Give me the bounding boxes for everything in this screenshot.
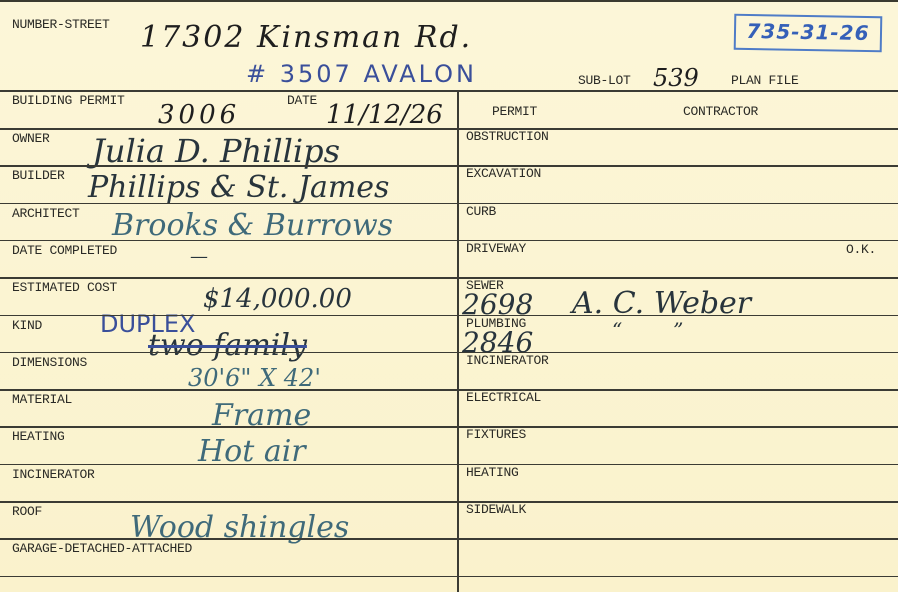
number-street-value: 17302 Kinsman Rd.	[140, 20, 472, 55]
row-divider	[0, 538, 457, 540]
permit-label-heating: HEATING	[466, 465, 519, 480]
permit-label-curb: CURB	[466, 204, 496, 219]
row-divider	[0, 576, 457, 578]
row-divider	[0, 352, 457, 354]
field-label-estimated-cost: ESTIMATED COST	[12, 280, 117, 295]
date-value: 11/12/26	[326, 100, 443, 130]
row-divider	[0, 240, 457, 242]
row-divider	[457, 464, 898, 466]
field-label-owner: OWNER	[12, 131, 50, 146]
row-divider	[457, 203, 898, 205]
row-divider	[457, 277, 898, 279]
plumbing-contractor-value: “ ”	[612, 318, 683, 342]
row-divider	[0, 277, 457, 279]
driveway-note: O.K.	[846, 242, 876, 257]
estimated-cost-value: $14,000.00	[203, 284, 352, 314]
divider	[0, 90, 898, 92]
number-street-label: NUMBER-STREET	[12, 17, 110, 32]
permit-label-driveway: DRIVEWAY	[466, 241, 526, 256]
field-label-kind: KIND	[12, 318, 42, 333]
row-divider	[0, 464, 457, 466]
field-label-garage-detached-attached: GARAGE-DETACHED-ATTACHED	[12, 541, 192, 556]
permit-label-plumbing: PLUMBING	[466, 316, 526, 331]
builder-value: Phillips & St. James	[88, 170, 389, 205]
permit-label-electrical: ELECTRICAL	[466, 390, 541, 405]
permit-column-header: PERMIT	[492, 104, 537, 119]
permit-label-sidewalk: SIDEWALK	[466, 502, 526, 517]
building-permit-label: BUILDING PERMIT	[12, 93, 125, 108]
permit-label-incinerator: INCINERATOR	[466, 353, 549, 368]
row-divider	[0, 389, 457, 391]
field-label-heating: HEATING	[12, 429, 65, 444]
permit-card: NUMBER-STREET 17302 Kinsman Rd. 735-31-2…	[0, 0, 898, 592]
alt-address: # 3507 AVALON	[246, 60, 477, 88]
row-divider	[0, 165, 457, 167]
contractor-column-header: CONTRACTOR	[683, 104, 758, 119]
permit-label-excavation: EXCAVATION	[466, 166, 541, 181]
field-label-incinerator: INCINERATOR	[12, 467, 95, 482]
sub-lot-label: SUB-LOT	[578, 73, 631, 88]
date-completed-value: —	[190, 246, 208, 267]
plan-file-label: PLAN FILE	[731, 73, 799, 88]
file-number-stamp: 735-31-26	[734, 14, 883, 53]
permit-label-sewer: SEWER	[466, 278, 504, 293]
row-divider	[0, 501, 457, 503]
row-divider	[0, 203, 457, 205]
row-divider	[457, 576, 898, 578]
dimensions-value: 30'6" X 42'	[188, 364, 321, 392]
row-divider	[0, 315, 457, 317]
row-divider	[457, 538, 898, 540]
field-label-architect: ARCHITECT	[12, 206, 80, 221]
owner-value: Julia D. Phillips	[92, 132, 340, 170]
field-label-roof: ROOF	[12, 504, 42, 519]
permit-label-fixtures: FIXTURES	[466, 427, 526, 442]
row-divider	[0, 128, 457, 130]
kind-value: two family	[148, 328, 307, 363]
field-label-builder: BUILDER	[12, 168, 65, 183]
field-label-dimensions: DIMENSIONS	[12, 355, 87, 370]
field-label-material: MATERIAL	[12, 392, 72, 407]
architect-value: Brooks & Burrows	[112, 208, 393, 243]
building-permit-value: 3006	[158, 100, 240, 130]
field-label-date-completed: DATE COMPLETED	[12, 243, 117, 258]
permit-label-obstruction: OBSTRUCTION	[466, 129, 549, 144]
row-divider	[0, 426, 457, 428]
date-label: DATE	[287, 93, 317, 108]
sub-lot-value: 539	[653, 64, 699, 92]
